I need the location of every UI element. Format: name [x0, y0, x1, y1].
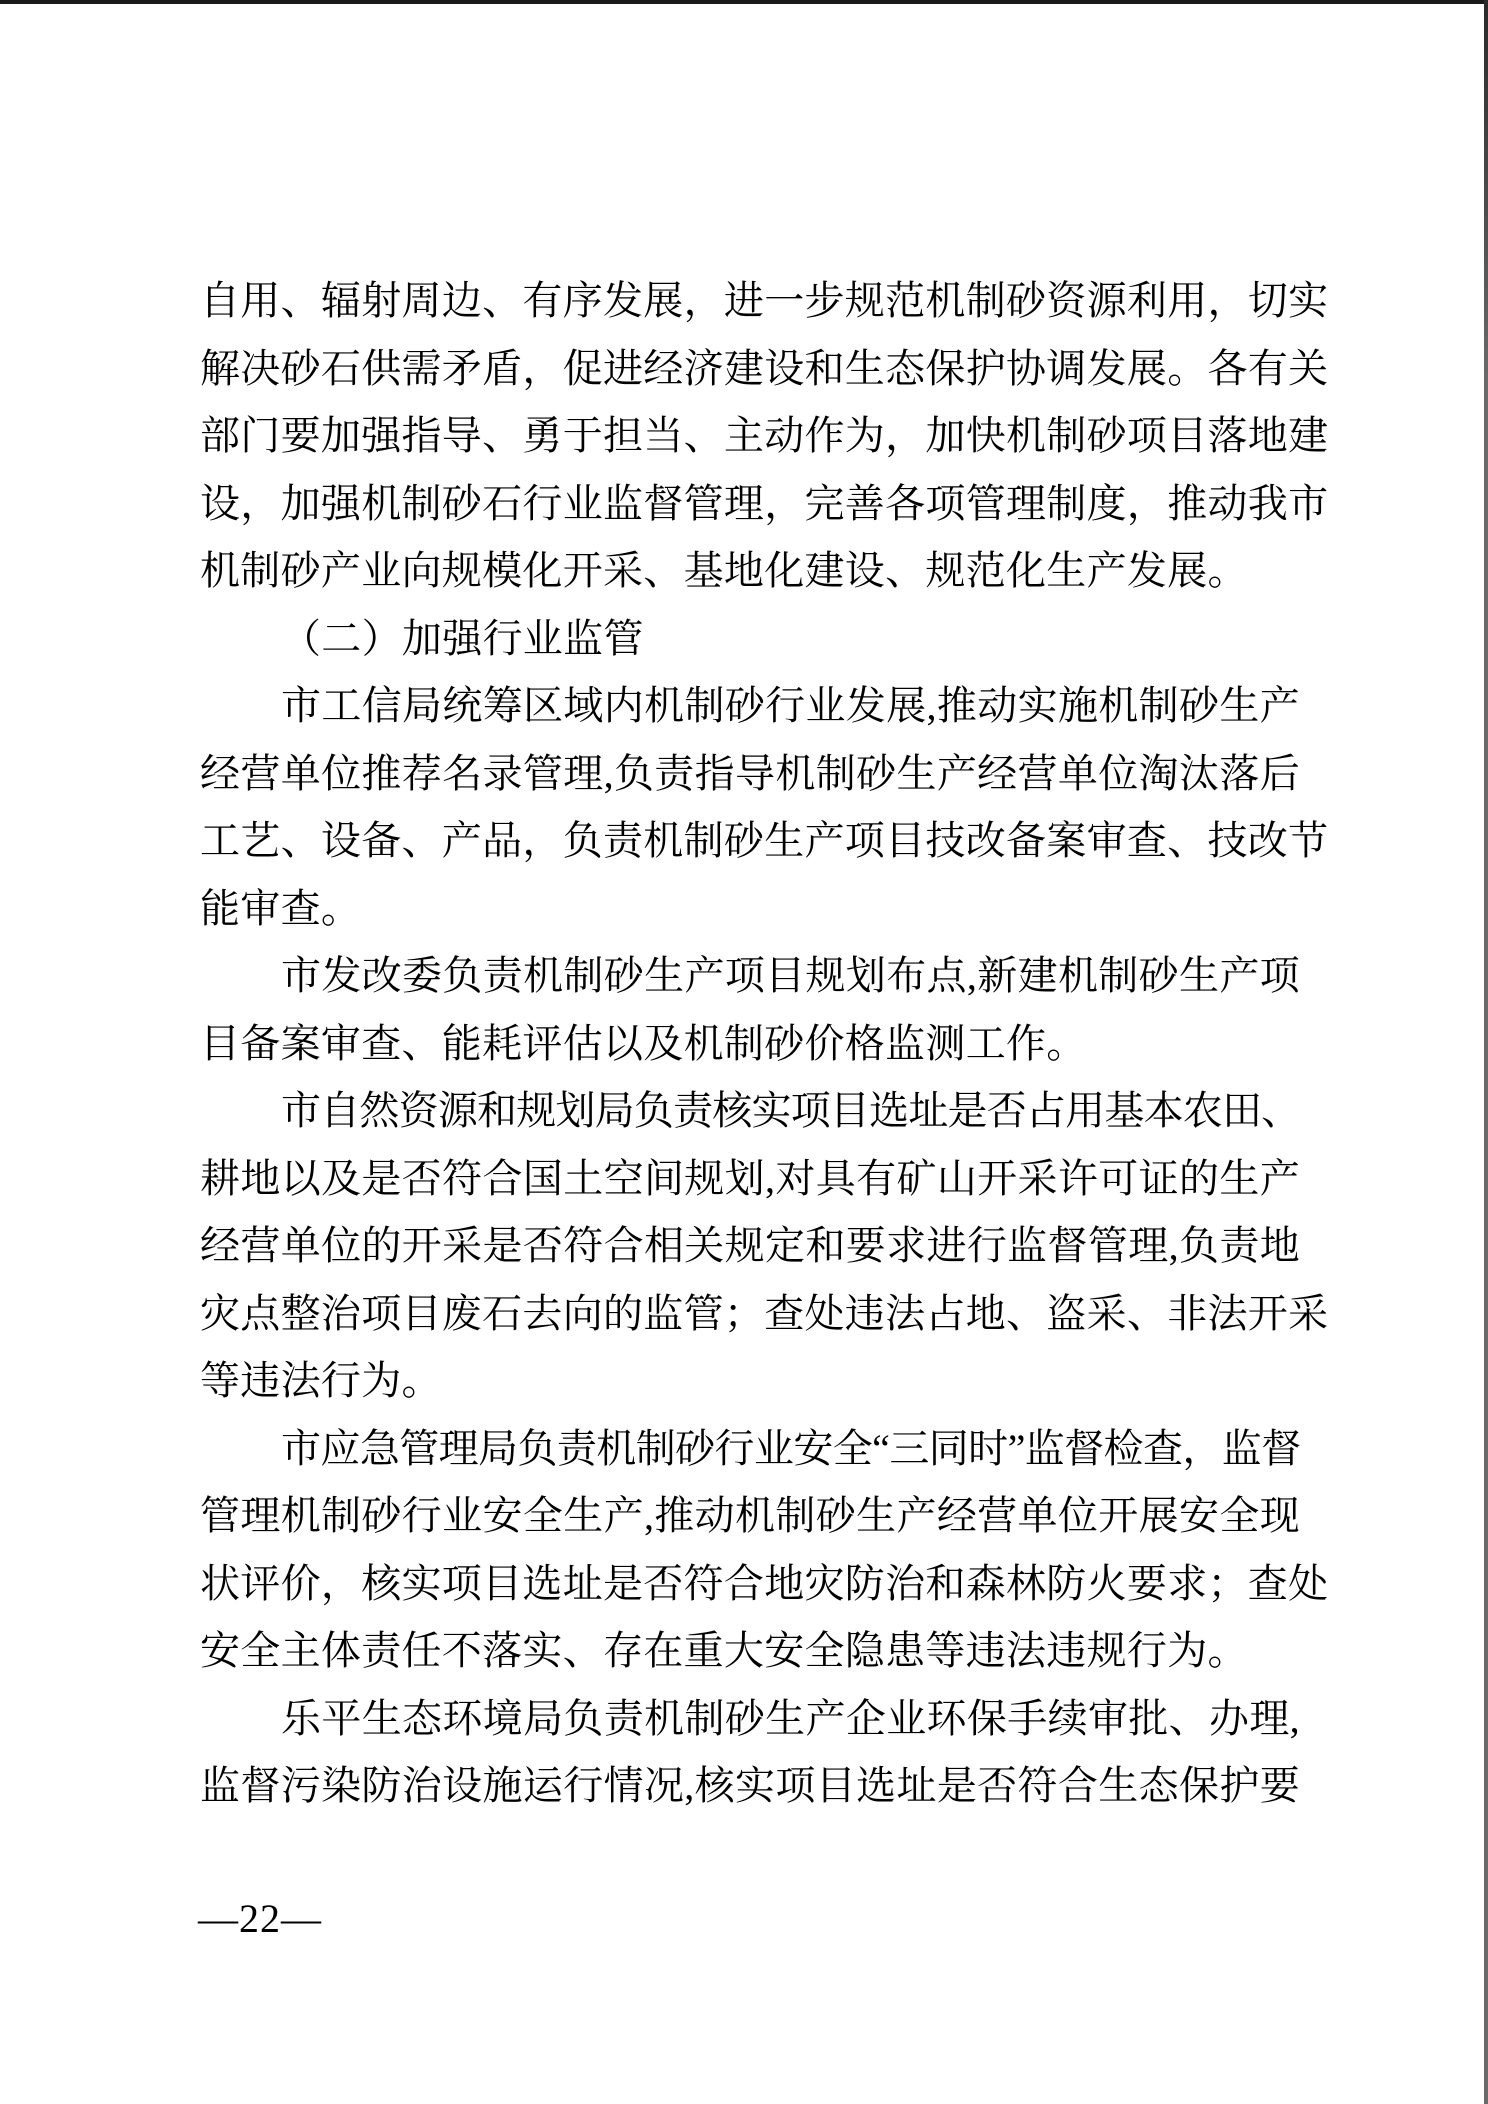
text-line: 等违法行为。: [200, 1347, 1300, 1415]
text-line: 安全主体责任不落实、存在重大安全隐患等违法违规行为。: [200, 1617, 1300, 1685]
text-line: 经营单位推荐名录管理,负责指导机制砂生产经营单位淘汰落后: [200, 740, 1300, 808]
text-line: 部门要加强指导、勇于担当、主动作为，加快机制砂项目落地建: [200, 402, 1300, 470]
top-edge-rule: [0, 0, 1488, 4]
text-line: 状评价，核实项目选址是否符合地灾防治和森林防火要求；查处: [200, 1550, 1300, 1618]
text-line: 监督污染防治设施运行情况,核实项目选址是否符合生态保护要: [200, 1752, 1300, 1820]
right-edge-rule: [1484, 0, 1488, 2104]
text-line: 能审查。: [200, 875, 1300, 943]
text-line: 设，加强机制砂石行业监督管理，完善各项管理制度，推动我市: [200, 470, 1300, 538]
text-line: 管理机制砂行业安全生产,推动机制砂生产经营单位开展安全现: [200, 1482, 1300, 1550]
text-line: 乐平生态环境局负责机制砂生产企业环保手续审批、办理,: [200, 1685, 1300, 1753]
page-number: —22—: [198, 1896, 322, 1942]
text-block: 自用、辐射周边、有序发展，进一步规范机制砂资源利用，切实解决砂石供需矛盾，促进经…: [200, 267, 1300, 1820]
text-line: 目备案审查、能耗评估以及机制砂价格监测工作。: [200, 1010, 1300, 1078]
text-line: 市自然资源和规划局负责核实项目选址是否占用基本农田、: [200, 1077, 1300, 1145]
text-line: 灾点整治项目废石去向的监管；查处违法占地、盗采、非法开采: [200, 1280, 1300, 1348]
text-line: （二）加强行业监管: [200, 605, 1300, 673]
text-line: 市应急管理局负责机制砂行业安全“三同时”监督检查，监督: [200, 1415, 1300, 1483]
text-line: 工艺、设备、产品，负责机制砂生产项目技改备案审查、技改节: [200, 807, 1300, 875]
text-line: 市发改委负责机制砂生产项目规划布点,新建机制砂生产项: [200, 942, 1300, 1010]
text-line: 市工信局统筹区域内机制砂行业发展,推动实施机制砂生产: [200, 672, 1300, 740]
text-line: 耕地以及是否符合国土空间规划,对具有矿山开采许可证的生产: [200, 1145, 1300, 1213]
document-page: 自用、辐射周边、有序发展，进一步规范机制砂资源利用，切实解决砂石供需矛盾，促进经…: [0, 0, 1488, 2104]
text-line: 自用、辐射周边、有序发展，进一步规范机制砂资源利用，切实: [200, 267, 1300, 335]
text-line: 经营单位的开采是否符合相关规定和要求进行监督管理,负责地: [200, 1212, 1300, 1280]
text-line: 机制砂产业向规模化开采、基地化建设、规范化生产发展。: [200, 537, 1300, 605]
text-line: 解决砂石供需矛盾，促进经济建设和生态保护协调发展。各有关: [200, 335, 1300, 403]
